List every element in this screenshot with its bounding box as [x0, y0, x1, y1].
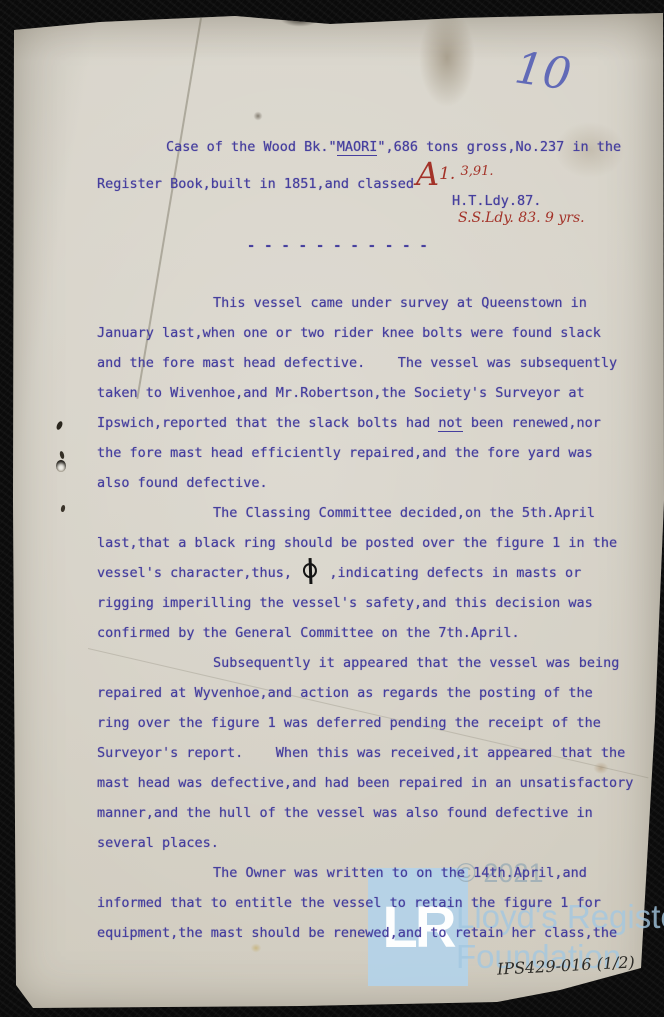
typed-text: taken to Wivenhoe,and Mr.Robertson,the S…	[97, 385, 585, 401]
typed-line: ring over the figure 1 was deferred pend…	[97, 708, 649, 738]
binding-hole	[60, 505, 65, 513]
typed-text: manner,and the hull of the vessel was al…	[97, 805, 593, 821]
binding-hole	[59, 451, 65, 460]
typed-text: mast head was defective,and had been rep…	[97, 775, 633, 791]
typed-text: equipment,the mast should be renewed,and…	[97, 925, 617, 941]
dashed-separator: - - - - - - - - - - -	[247, 238, 428, 254]
binding-hole	[56, 460, 66, 472]
typed-text: last,that a black ring should be posted …	[97, 535, 617, 551]
typed-text: This vessel came under survey at Queenst…	[213, 295, 587, 311]
typed-text: several places.	[97, 835, 219, 851]
typed-line: This vessel came under survey at Queenst…	[97, 288, 649, 318]
typed-text: also found defective.	[97, 475, 268, 491]
body-paragraph: The Owner was written to on the 14th.Apr…	[97, 858, 649, 948]
typed-line: taken to Wivenhoe,and Mr.Robertson,the S…	[97, 378, 649, 408]
class-line-typed: H.T.Ldy.87.	[452, 193, 541, 209]
body-paragraph: The Classing Committee decided,on the 5t…	[97, 498, 649, 648]
typed-text: January last,when one or two rider knee …	[97, 325, 601, 341]
typed-line: equipment,the mast should be renewed,and…	[97, 918, 649, 948]
class-annotation-red-2: S.S.Ldy. 83. 9 yrs.	[458, 210, 585, 226]
typed-text: The Owner was written to on the 14th.Apr…	[213, 865, 587, 881]
case-header-line1: Case of the Wood Bk."MAORI",686 tons gro…	[166, 139, 621, 155]
vessel-name: MAORI	[337, 139, 378, 156]
typed-line: rigging imperilling the vessel's safety,…	[97, 588, 649, 618]
typed-text: repaired at Wyvenhoe,and action as regar…	[97, 685, 593, 701]
typed-line: informed that to entitle the vessel to r…	[97, 888, 649, 918]
typed-text: been renewed,nor	[463, 415, 601, 431]
case-header-line2: Register Book,built in 1851,and classed	[97, 176, 414, 192]
typed-text: ,indicating defects in masts or	[321, 565, 581, 581]
typed-text: vessel's character,thus,	[97, 565, 300, 581]
typed-line: several places.	[97, 828, 649, 858]
class-date: 3,91.	[460, 164, 493, 179]
typed-line: Ipswich,reported that the slack bolts ha…	[97, 408, 649, 438]
typed-line: repaired at Wyvenhoe,and action as regar…	[97, 678, 649, 708]
typed-text: informed that to entitle the vessel to r…	[97, 895, 601, 911]
typed-text: rigging imperilling the vessel's safety,…	[97, 595, 593, 611]
case-header-text: ",686 tons gross,No.237 in the	[377, 139, 621, 155]
typed-text: ring over the figure 1 was deferred pend…	[97, 715, 601, 731]
typed-text: Surveyor's report. When this was receive…	[97, 745, 625, 761]
binding-hole	[55, 420, 63, 430]
typed-line: last,that a black ring should be posted …	[97, 528, 649, 558]
typed-line: The Owner was written to on the 14th.Apr…	[97, 858, 649, 888]
typed-line: mast head was defective,and had been rep…	[97, 768, 649, 798]
typed-line: also found defective.	[97, 468, 649, 498]
typed-line: and the fore mast head defective. The ve…	[97, 348, 649, 378]
typed-line: Surveyor's report. When this was receive…	[97, 738, 649, 768]
typed-line: the fore mast head efficiently repaired,…	[97, 438, 649, 468]
typed-text: Ipswich,reported that the slack bolts ha…	[97, 415, 438, 431]
typed-text: the fore mast head efficiently repaired,…	[97, 445, 593, 461]
underlined-word: not	[438, 415, 462, 432]
typed-text: Subsequently it appeared that the vessel…	[213, 655, 619, 671]
body-paragraph: Subsequently it appeared that the vessel…	[97, 648, 649, 858]
typed-line: The Classing Committee decided,on the 5t…	[97, 498, 649, 528]
typed-line: January last,when one or two rider knee …	[97, 318, 649, 348]
handwritten-page-number: 10	[512, 42, 575, 100]
body-paragraph: This vessel came under survey at Queenst…	[97, 288, 649, 498]
class-figure: 1.	[439, 164, 455, 184]
typed-text: and the fore mast head defective. The ve…	[97, 355, 617, 371]
typed-body-text: This vessel came under survey at Queenst…	[97, 288, 649, 948]
typed-line: vessel's character,thus, ,indicating def…	[97, 558, 649, 588]
scanned-document-photo: LR © 2021 Lloyd's Register Foundation 10…	[0, 0, 664, 1017]
case-header-text: Case of the Wood Bk."	[166, 139, 337, 155]
class-letter: A	[416, 155, 439, 193]
typed-text: The Classing Committee decided,on the 5t…	[213, 505, 595, 521]
typed-line: manner,and the hull of the vessel was al…	[97, 798, 649, 828]
typed-line: confirmed by the General Committee on th…	[97, 618, 649, 648]
typed-line: Subsequently it appeared that the vessel…	[97, 648, 649, 678]
typed-text: confirmed by the General Committee on th…	[97, 625, 520, 641]
class-annotation-red: A1. 3,91.	[416, 160, 494, 189]
black-ring-over-figure-1-symbol	[301, 557, 321, 585]
